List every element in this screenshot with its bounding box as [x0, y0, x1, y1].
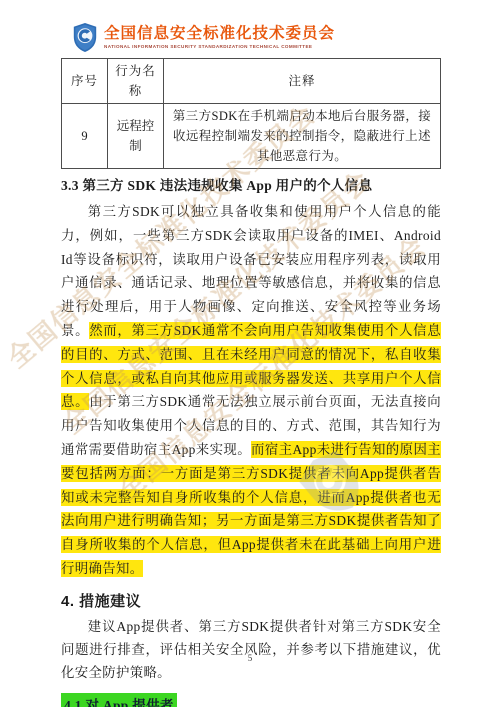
s33-paragraph: 第三方SDK可以独立具备收集和使用用户个人信息的能力，例如，一些第三方SDK会读… [61, 200, 441, 581]
cell-number: 9 [62, 104, 108, 169]
org-titles: 全国信息安全标准化技术委员会 NATIONAL INFORMATION SECU… [104, 25, 335, 50]
behaviors-table: 序号 行为名称 注释 9 远程控制 第三方SDK在手机端启动本地后台服务器，接收… [61, 58, 441, 169]
col-header-note: 注释 [164, 59, 441, 104]
committee-shield-icon [73, 22, 97, 53]
page-number: 5 [0, 653, 500, 663]
s4-paragraph: 建议App提供者、第三方SDK提供者针对第三方SDK安全问题进行排查，评估相关安… [61, 615, 441, 684]
highlighted-text-segment: 而宿主App未进行告知的原因主要包括两方面：一方面是第三方SDK提供者未向App… [61, 441, 441, 577]
page-content: 全国信息安全标准化技术委员会 NATIONAL INFORMATION SECU… [61, 22, 441, 707]
table-row: 9 远程控制 第三方SDK在手机端启动本地后台服务器，接收远程控制端发来的控制指… [62, 104, 441, 169]
cell-behavior-name: 远程控制 [108, 104, 164, 169]
text-segment: 第三方SDK可以独立具备收集和使用用户个人信息的能力，例如，一些第三方SDK会读… [61, 204, 441, 338]
cell-note: 第三方SDK在手机端启动本地后台服务器，接收远程控制端发来的控制指令，隐蔽进行上… [164, 104, 441, 169]
col-header-behavior-name: 行为名称 [108, 59, 164, 104]
section-4-1-heading: 4.1 对 App 提供者 [61, 693, 177, 707]
document-page: { "header": { "org_cn": "全国信息安全标准化技术委员会"… [0, 0, 500, 707]
section-3-3-heading: 3.3 第三方 SDK 违法违规收集 App 用户的个人信息 [61, 174, 441, 194]
table-header-row: 序号 行为名称 注释 [62, 59, 441, 104]
org-title-chinese: 全国信息安全标准化技术委员会 [104, 25, 335, 43]
org-title-english: NATIONAL INFORMATION SECURITY STANDARDIZ… [104, 43, 335, 50]
header-logo: 全国信息安全标准化技术委员会 NATIONAL INFORMATION SECU… [73, 22, 441, 53]
section-4-heading: 4. 措施建议 [61, 590, 441, 611]
col-header-number: 序号 [62, 59, 108, 104]
